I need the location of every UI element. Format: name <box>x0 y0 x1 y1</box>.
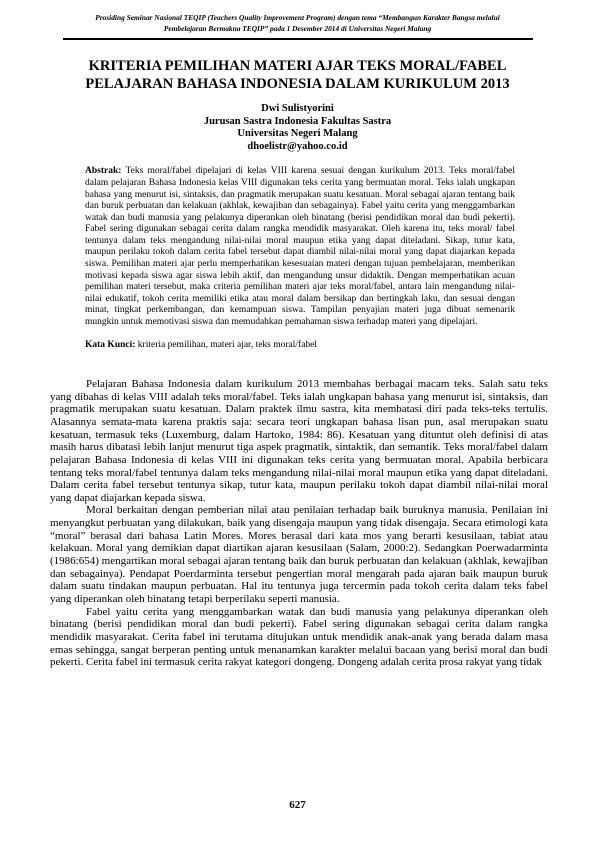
body-paragraph-3: Fabel yaitu cerita yang menggambarkan wa… <box>50 606 548 669</box>
body-text: Pelajaran Bahasa Indonesia dalam kurikul… <box>50 378 548 669</box>
author-email: dhoelistr@yahoo.co.id <box>0 141 595 154</box>
body-paragraph-2: Moral berkaitan dengan pemberian nilai a… <box>50 504 548 605</box>
header-rule <box>63 38 533 40</box>
keywords-section: Kata Kunci: kriteria pemilihan, materi a… <box>85 340 515 352</box>
author-name: Dwi Sulistyorini <box>0 103 595 116</box>
page-number: 627 <box>0 799 595 811</box>
keywords-text: kriteria pemilihan, materi ajar, teks mo… <box>138 340 317 350</box>
running-header: Prosiding Seminar Nasional TEQIP (Teache… <box>75 0 521 35</box>
author-university: Universitas Negeri Malang <box>0 128 595 141</box>
author-department: Jurusan Sastra Indonesia Fakultas Sastra <box>0 116 595 129</box>
keywords-label: Kata Kunci: <box>85 340 135 350</box>
abstract-section: Abstrak: Teks moral/fabel dipelajari di … <box>85 166 515 328</box>
body-paragraph-1: Pelajaran Bahasa Indonesia dalam kurikul… <box>50 378 548 504</box>
author-block: Dwi Sulistyorini Jurusan Sastra Indonesi… <box>0 103 595 153</box>
abstract-text: Teks moral/fabel dipelajari di kelas VII… <box>85 166 515 327</box>
abstract-label: Abstrak: <box>85 166 121 176</box>
paper-title: KRITERIA PEMILIHAN MATERI AJAR TEKS MORA… <box>72 57 524 94</box>
paper-page: Prosiding Seminar Nasional TEQIP (Teache… <box>0 0 595 842</box>
